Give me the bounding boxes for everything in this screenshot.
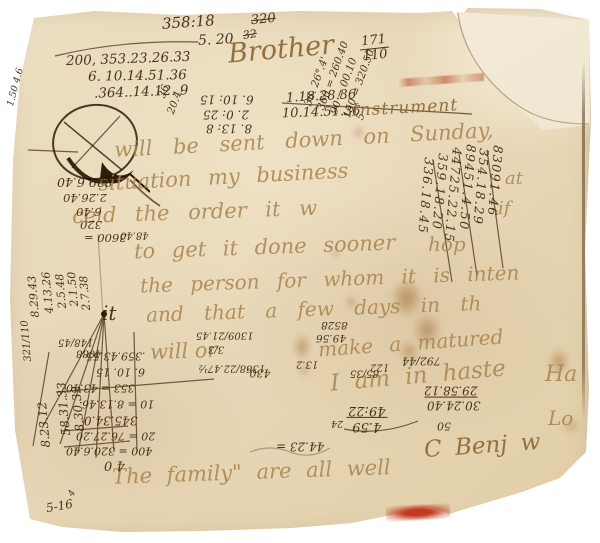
calc-line-vertical: 2.7.38: [78, 275, 93, 311]
calc-line-upside: 122: [370, 361, 389, 372]
calc-line-upside: 24: [331, 418, 343, 428]
letter-line-fragment: Lo: [548, 408, 573, 429]
calc-line-upside: 48.40: [120, 229, 149, 240]
calc-line-upside: 29.58.12: [424, 384, 477, 398]
manuscript-scan: 358:18 5. 20 200, 353.23.26.33 6. 10.14.…: [0, 0, 600, 543]
calc-line: 6. 10.14.51.36: [88, 68, 187, 84]
calc-line-upside: 50: [437, 420, 451, 432]
calc-line-upside: 3/3: [208, 343, 224, 354]
calc-line-upside: 6. 10: 15: [200, 93, 254, 106]
letter-line-fragment: at: [505, 170, 523, 189]
calc-line-upside: 400 = 320.6.40: [66, 445, 152, 457]
calc-line-upside: 30.24.40: [427, 399, 480, 412]
fraction-denominator: 4.59: [346, 418, 387, 433]
red-wax-mark: [386, 503, 451, 521]
calc-line-upside: 345.34.0: [84, 414, 137, 427]
calc-line-upside: 829.6.40: [57, 176, 113, 189]
calc-line-upside: 13.2: [296, 358, 318, 369]
fraction-upside: 4.59 49:22: [346, 402, 387, 433]
fraction-numerator: 49:22: [346, 402, 387, 418]
calc-line-upside: 320: [80, 219, 102, 231]
calc-line-upside: 44.23 =: [276, 440, 324, 453]
calc-line-upside: 20 = 76.27.20: [76, 430, 155, 442]
crossed-number: 320: [250, 12, 276, 28]
letter-word-it: it: [102, 303, 116, 324]
calc-line-upside: 353 = 43.40: [66, 382, 135, 394]
calc-line-upside: 6. 10. 15: [96, 366, 145, 378]
calc-line-upside: 2.26.40: [63, 192, 107, 204]
calc-line-upside: 1309/21.45: [196, 329, 253, 340]
calc-line-upside: 6.40: [76, 206, 102, 218]
letter-line-fragment: Ha: [545, 363, 577, 386]
calc-line-upside: 148/45: [58, 336, 93, 347]
paper-right-edge: [582, 60, 585, 420]
calc-line-upside: 4 0: [104, 458, 125, 472]
calc-line-upside: .359.43.55: [86, 350, 145, 362]
calc-line-upside: 792/44: [402, 355, 441, 367]
calc-line: 358:18: [162, 13, 216, 32]
calc-line-upside: 2. 0: 25: [203, 108, 249, 121]
calc-line-upside: 49.56: [316, 332, 346, 343]
calc-line: 10.14.51.36: [282, 105, 361, 121]
calc-line-upside: 10 = 8.13.46: [82, 398, 154, 410]
calc-line-upside: 430,: [246, 367, 271, 379]
calc-line-upside: 8528: [321, 319, 348, 330]
